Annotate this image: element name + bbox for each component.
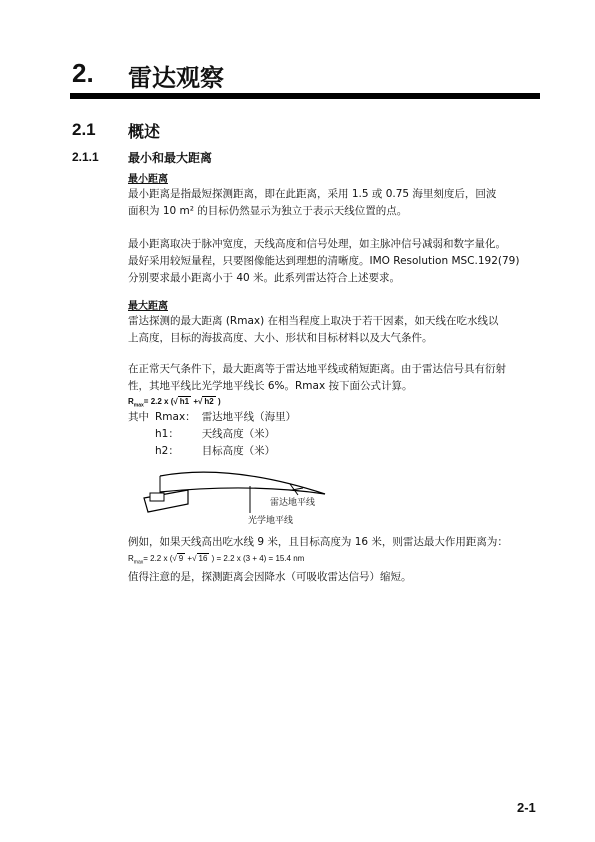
section-number: 2.1 xyxy=(72,120,96,140)
chapter-title: 雷达观察 xyxy=(128,58,224,93)
min-range-para1: 最小距离是指最短探测距离，即在此距离，采用 1.5 或 0.75 海里刻度后，回… xyxy=(128,186,543,220)
max-range-para2: 在正常天气条件下，最大距离等于雷达地平线或稍短距离。由于雷达信号具有衍射 性，其… xyxy=(128,361,543,395)
var-name: h1： xyxy=(155,426,202,443)
var-desc: 天线高度（米） xyxy=(202,426,303,443)
text-line: 在正常天气条件下，最大距离等于雷达地平线或稍短距离。由于雷达信号具有衍射 xyxy=(128,361,543,378)
subsection-title: 最小和最大距离 xyxy=(128,149,212,166)
var-desc: 雷达地平线（海里） xyxy=(202,409,303,426)
text-line: 面积为 10 m² 的目标仍然显示为独立于表示天线位置的点。 xyxy=(128,203,543,220)
text-line: 上高度，目标的海拔高度、大小、形状和目标材料以及大气条件。 xyxy=(128,330,543,347)
var-desc: 目标高度（米） xyxy=(202,443,303,460)
radar-horizon-label: 雷达地平线 xyxy=(270,495,315,508)
optical-horizon-label: 光学地平线 xyxy=(248,513,293,526)
text-line: 雷达探测的最大距离 (Rmax) 在相当程度上取决于若干因素，如天线在吃水线以 xyxy=(128,313,543,330)
section-title: 概述 xyxy=(128,119,160,142)
var-name: h2： xyxy=(155,443,202,460)
example-text: 例如，如果天线高出吃水线 9 米，且目标高度为 16 米，则雷达最大作用距离为： xyxy=(128,534,543,551)
variable-definitions: 其中 Rmax： 雷达地平线（海里） h1： 天线高度（米） h2： 目标高度（… xyxy=(128,409,302,460)
chapter-number: 2. xyxy=(72,58,94,89)
min-range-heading: 最小距离 xyxy=(128,170,168,185)
example-formula: Rmax= 2.2 x (√9 +√16 ) = 2.2 x (3 + 4) =… xyxy=(128,554,304,566)
text-line: 分别要求最小距离小于 40 米。此系列雷达符合上述要求。 xyxy=(128,270,543,287)
text-line: 最好采用较短量程，只要图像能达到理想的清晰度。IMO Resolution MS… xyxy=(128,253,543,270)
precipitation-note: 值得注意的是，探测距离会因降水（可吸收雷达信号）缩短。 xyxy=(128,569,543,586)
page-number: 2-1 xyxy=(517,800,536,815)
max-range-heading: 最大距离 xyxy=(128,297,168,312)
rmax-formula: Rmax= 2.2 x (√h1 +√h2 ) xyxy=(128,397,221,409)
text-line: 最小距离是指最短探测距离，即在此距离，采用 1.5 或 0.75 海里刻度后，回… xyxy=(128,186,543,203)
chapter-rule xyxy=(70,93,540,99)
horizon-diagram: 雷达地平线 光学地平线 xyxy=(140,468,340,528)
subsection-number: 2.1.1 xyxy=(72,150,99,164)
text-line: 最小距离取决于脉冲宽度，天线高度和信号处理，如主脉冲信号减弱和数字量化。 xyxy=(128,236,543,253)
min-range-para2: 最小距离取决于脉冲宽度，天线高度和信号处理，如主脉冲信号减弱和数字量化。 最好采… xyxy=(128,236,543,287)
text-line: 性，其地平线比光学地平线长 6%。Rmax 按下面公式计算。 xyxy=(128,378,543,395)
var-name: Rmax： xyxy=(155,409,202,426)
where-label: 其中 xyxy=(128,409,155,426)
max-range-para1: 雷达探测的最大距离 (Rmax) 在相当程度上取决于若干因素，如天线在吃水线以 … xyxy=(128,313,543,347)
